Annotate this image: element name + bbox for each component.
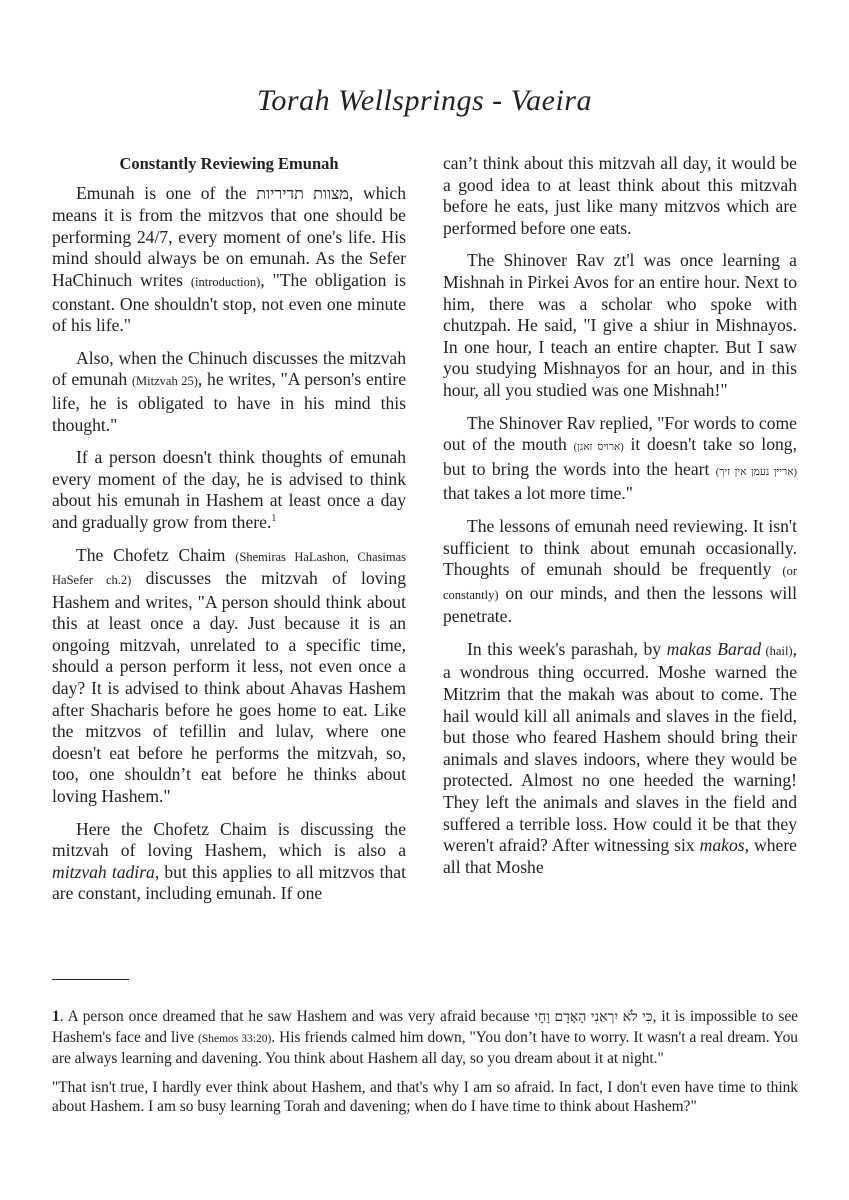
paragraph: If a person doesn't think thoughts of em… (52, 447, 406, 533)
paragraph: The Shinover Rav zt'l was once learning … (443, 250, 797, 401)
left-column: Constantly Reviewing Emunah Emunah is on… (52, 153, 406, 916)
footnote-number: 1 (52, 1008, 60, 1025)
text: Emunah is one of the (76, 183, 256, 203)
source-reference: (Mitzvah 25) (132, 374, 198, 388)
text: can’t think about this mitzvah all day, … (443, 153, 797, 238)
text: In this week's parashah, by (467, 639, 667, 659)
hebrew-verse: כִּי לֹא יִרְאַנִי הָאָדָם וָחָי (534, 1010, 652, 1025)
italic-term: makos (700, 835, 745, 855)
paragraph: Emunah is one of the מצוות תדיריות, whic… (52, 183, 406, 337)
text: , a wondrous thing occurred. Moshe warne… (443, 639, 797, 855)
footnote: 1. A person once dreamed that he saw Has… (52, 1007, 798, 1069)
paragraph: In this week's parashah, by makas Barad … (443, 639, 797, 879)
yiddish-term: (אריין נעמן אין זיך) (716, 467, 797, 478)
footnote-divider (52, 979, 129, 980)
text: "That isn't true, I hardly ever think ab… (52, 1079, 798, 1116)
paragraph: Here the Chofetz Chaim is discussing the… (52, 819, 406, 905)
page-title: Torah Wellsprings - Vaeira (0, 84, 849, 118)
italic-term: mitzvah tadira (52, 862, 155, 882)
text: The Chofetz Chaim (76, 545, 235, 565)
source-reference: (Shemos 33:20) (198, 1033, 271, 1045)
right-column: can’t think about this mitzvah all day, … (443, 153, 797, 889)
hebrew-term: מצוות תדיריות (256, 186, 349, 203)
footnote-marker[interactable]: 1 (271, 513, 276, 524)
paragraph: The Chofetz Chaim (Shemiras HaLashon, Ch… (52, 545, 406, 808)
section-heading: Constantly Reviewing Emunah (52, 153, 406, 175)
italic-term: makas Barad (667, 639, 762, 659)
text: Here the Chofetz Chaim is discussing the… (52, 819, 406, 861)
text: If a person doesn't think thoughts of em… (52, 447, 406, 532)
parenthetical: (hail) (761, 644, 792, 658)
footnote-continued: "That isn't true, I hardly ever think ab… (52, 1078, 798, 1117)
source-reference: (introduction) (191, 275, 260, 289)
text: that takes a lot more time." (443, 483, 633, 503)
paragraph: Also, when the Chinuch discusses the mit… (52, 348, 406, 436)
text: discusses the mitzvah of loving Hashem a… (52, 568, 406, 806)
paragraph: The Shinover Rav replied, "For words to … (443, 413, 797, 505)
footnotes-section: 1. A person once dreamed that he saw Has… (52, 1007, 798, 1126)
paragraph: The lessons of emunah need reviewing. It… (443, 516, 797, 628)
paragraph-continued: can’t think about this mitzvah all day, … (443, 153, 797, 239)
yiddish-term: (ארויס זאגן) (574, 442, 624, 453)
text: . A person once dreamed that he saw Hash… (60, 1008, 535, 1025)
text: The lessons of emunah need reviewing. It… (443, 516, 797, 579)
text: The Shinover Rav zt'l was once learning … (443, 250, 797, 400)
